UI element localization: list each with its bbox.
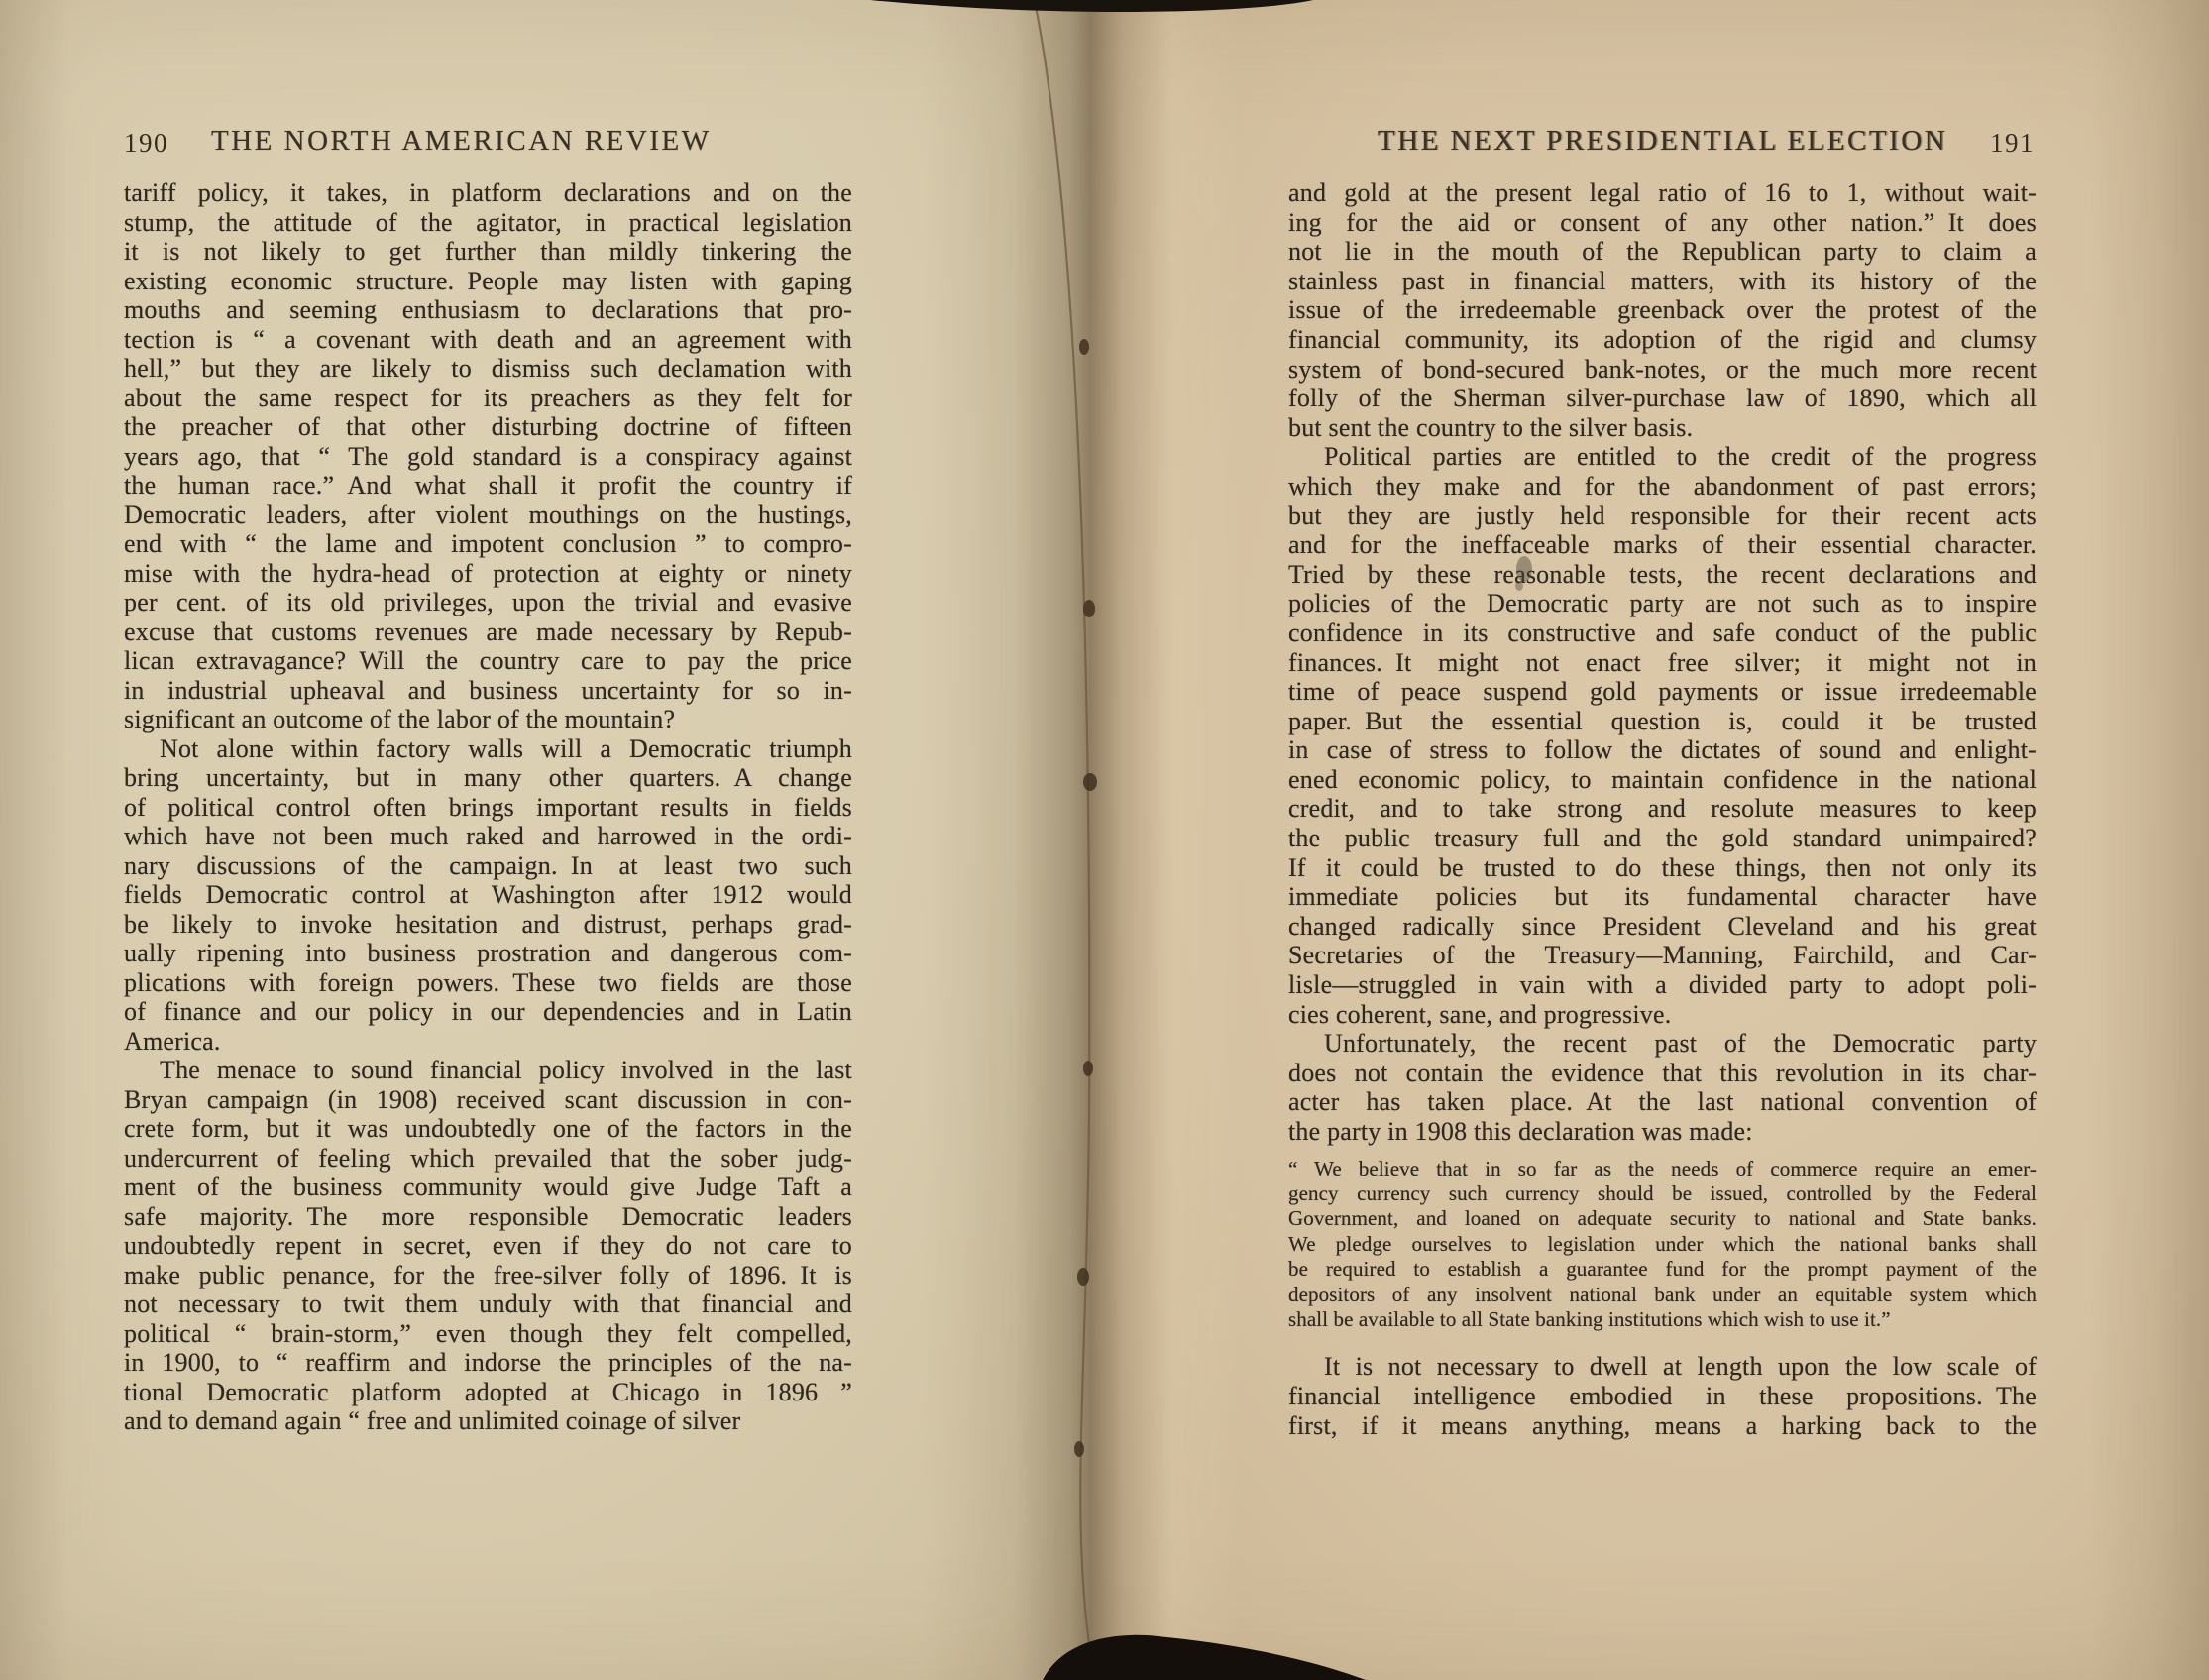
body-line: about the same respect for its preachers… <box>124 384 852 413</box>
body-line: acter has taken place. At the last natio… <box>1288 1087 2037 1117</box>
body-line: end with “ the lame and impotent conclus… <box>124 529 852 559</box>
body-line: nary discussions of the campaign. In at … <box>124 851 852 881</box>
body-line: confidence in its constructive and safe … <box>1288 618 2037 648</box>
body-line: which they make and for the abandonment … <box>1288 472 2037 502</box>
body-line: and gold at the present legal ratio of 1… <box>1288 178 2037 208</box>
left-running-header: 190 THE NORTH AMERICAN REVIEW <box>124 125 852 165</box>
body-line: Democratic leaders, after violent mouthi… <box>124 501 852 530</box>
body-line: system of bond-secured bank-notes, or th… <box>1288 355 2037 385</box>
body-line: ment of the business community would giv… <box>124 1173 852 1202</box>
left-running-title: THE NORTH AMERICAN REVIEW <box>211 125 712 158</box>
body-line: mise with the hydra-head of protection a… <box>124 559 852 589</box>
body-line: Political parties are entitled to the cr… <box>1288 442 2037 472</box>
body-line: stump, the attitude of the agitator, in … <box>124 208 852 238</box>
right-running-title: THE NEXT PRESIDENTIAL ELECTION <box>1378 125 1947 158</box>
body-line: Tried by these reasonable tests, the rec… <box>1288 560 2037 590</box>
quote-line: We pledge ourselves to legislation under… <box>1288 1232 2037 1257</box>
body-line: of political control often brings import… <box>124 793 852 823</box>
body-line: ually ripening into business prostration… <box>124 939 852 968</box>
body-line: the human race.” And what shall it profi… <box>124 471 852 501</box>
body-line: per cent. of its old privileges, upon th… <box>124 588 852 617</box>
body-line: plications with foreign powers. These tw… <box>124 968 852 998</box>
body-line: financial community, its adoption of the… <box>1288 325 2037 355</box>
body-line: America. <box>124 1027 852 1057</box>
body-line: which have not been much raked and harro… <box>124 822 852 851</box>
body-line: fields Democratic control at Washington … <box>124 880 852 910</box>
quote-line: shall be available to all State banking … <box>1288 1307 2037 1332</box>
body-line: cies coherent, sane, and progressive. <box>1288 1000 2037 1030</box>
body-line: The menace to sound financial policy inv… <box>124 1056 852 1085</box>
body-line: and for the ineffaceable marks of their … <box>1288 530 2037 560</box>
body-line: crete form, but it was undoubtedly one o… <box>124 1114 852 1144</box>
body-line: but they are justly held responsible for… <box>1288 502 2037 531</box>
body-line: the public treasury full and the gold st… <box>1288 824 2037 853</box>
body-line: the preacher of that other disturbing do… <box>124 412 852 442</box>
body-line: in industrial upheaval and business unce… <box>124 676 852 706</box>
body-line: issue of the irredeemable greenback over… <box>1288 295 2037 325</box>
body-line: mouths and seeming enthusiasm to declara… <box>124 295 852 325</box>
quote-line: “ We believe that in so far as the needs… <box>1288 1157 2037 1181</box>
body-line: Bryan campaign (in 1908) received scant … <box>124 1085 852 1115</box>
body-line: make public penance, for the free-silver… <box>124 1261 852 1290</box>
book-scan: { "left_page": { "folio": "190", "runnin… <box>0 0 2209 1680</box>
body-line: be likely to invoke hesitation and distr… <box>124 910 852 940</box>
body-line: it is not likely to get further than mil… <box>124 237 852 267</box>
body-line: stainless past in financial matters, wit… <box>1288 267 2037 296</box>
body-line: excuse that customs revenues are made ne… <box>124 617 852 647</box>
body-line: policies of the Democratic party are not… <box>1288 589 2037 618</box>
body-line: existing economic structure. People may … <box>124 267 852 296</box>
body-line: tariff policy, it takes, in platform dec… <box>124 178 852 208</box>
body-line: If it could be trusted to do these thing… <box>1288 853 2037 883</box>
body-line: finances. It might not enact free silver… <box>1288 648 2037 678</box>
body-line: financial intelligence embodied in these… <box>1288 1382 2037 1411</box>
body-line: bring uncertainty, but in many other qua… <box>124 763 852 793</box>
body-line: safe majority. The more responsible Demo… <box>124 1202 852 1232</box>
body-line: changed radically since President Clevel… <box>1288 912 2037 942</box>
body-line: tional Democratic platform adopted at Ch… <box>124 1378 852 1407</box>
body-line: the party in 1908 this declaration was m… <box>1288 1117 2037 1147</box>
left-folio: 190 <box>124 128 168 159</box>
body-line: lican extravagance? Will the country car… <box>124 646 852 676</box>
body-line: It is not necessary to dwell at length u… <box>1288 1352 2037 1382</box>
body-line: ened economic policy, to maintain confid… <box>1288 765 2037 795</box>
body-line: does not contain the evidence that this … <box>1288 1059 2037 1088</box>
body-line: credit, and to take strong and resolute … <box>1288 794 2037 824</box>
quote-line: be required to establish a guarantee fun… <box>1288 1257 2037 1282</box>
body-line: folly of the Sherman silver-purchase law… <box>1288 384 2037 413</box>
body-line: in case of stress to follow the dictates… <box>1288 735 2037 765</box>
right-folio: 191 <box>1990 128 2035 159</box>
body-line: undercurrent of feeling which prevailed … <box>124 1144 852 1174</box>
body-line: Not alone within factory walls will a De… <box>124 734 852 764</box>
body-line: ing for the aid or consent of any other … <box>1288 208 2037 238</box>
body-line: not lie in the mouth of the Republican p… <box>1288 237 2037 267</box>
body-line: tection is “ a covenant with death and a… <box>124 325 852 355</box>
body-line: but sent the country to the silver basis… <box>1288 413 2037 443</box>
body-line: immediate policies but its fundamental c… <box>1288 882 2037 912</box>
quote-line: Government, and loaned on adequate secur… <box>1288 1206 2037 1231</box>
body-line: in 1900, to “ reaffirm and indorse the p… <box>124 1348 852 1378</box>
body-line: hell,” but they are likely to dismiss su… <box>124 354 852 384</box>
body-line: lisle—struggled in vain with a divided p… <box>1288 970 2037 1000</box>
right-page-body: and gold at the present legal ratio of 1… <box>1288 178 2037 1440</box>
body-line: Secretaries of the Treasury—Manning, Fai… <box>1288 941 2037 970</box>
left-page-body: tariff policy, it takes, in platform dec… <box>124 178 852 1436</box>
right-running-header: THE NEXT PRESIDENTIAL ELECTION 191 <box>1288 125 2037 165</box>
body-line: Unfortunately, the recent past of the De… <box>1288 1029 2037 1059</box>
body-line: significant an outcome of the labor of t… <box>124 705 852 734</box>
body-line: time of peace suspend gold payments or i… <box>1288 677 2037 707</box>
body-line: political “ brain-storm,” even though th… <box>124 1319 852 1349</box>
body-line: undoubtedly repent in secret, even if th… <box>124 1231 852 1261</box>
body-line: and to demand again “ free and unlimited… <box>124 1406 852 1436</box>
body-line: not necessary to twit them unduly with t… <box>124 1289 852 1319</box>
body-line: years ago, that “ The gold standard is a… <box>124 442 852 472</box>
body-line: paper. But the essential question is, co… <box>1288 707 2037 736</box>
quote-line: gency currency such currency should be i… <box>1288 1181 2037 1206</box>
body-line: first, if it means anything, means a har… <box>1288 1411 2037 1441</box>
body-line: of finance and our policy in our depende… <box>124 997 852 1027</box>
quote-line: depositors of any insolvent national ban… <box>1288 1283 2037 1307</box>
